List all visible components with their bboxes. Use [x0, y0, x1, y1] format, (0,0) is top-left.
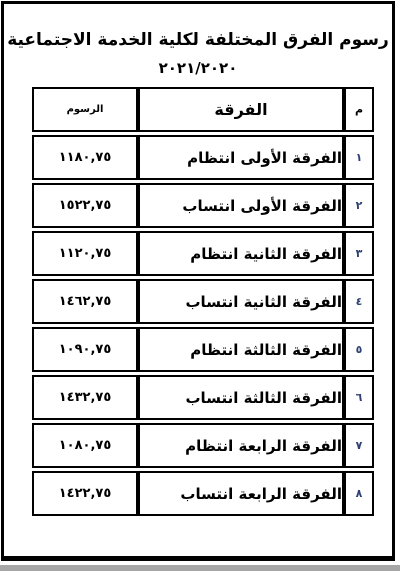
document-title: رسوم الفرق المختلفة لكلية الخدمة الاجتما… — [4, 30, 392, 50]
row-serial: ٣ — [344, 231, 374, 276]
row-fee: ١١٨٠,٧٥ — [32, 135, 138, 180]
row-group: الفرقة الثانية انتظام — [138, 231, 344, 276]
row-group: الفرقة الثالثة انتظام — [138, 327, 344, 372]
document-page: رسوم الفرق المختلفة لكلية الخدمة الاجتما… — [0, 0, 400, 571]
fees-table: م الفرقة الرسوم ١ الفرقة الأولى انتظام ١… — [32, 84, 374, 519]
row-serial: ٤ — [344, 279, 374, 324]
header-row: م الفرقة الرسوم — [32, 87, 374, 132]
row-serial: ٥ — [344, 327, 374, 372]
row-group: الفرقة الأولى انتظام — [138, 135, 344, 180]
page-border-frame: رسوم الفرق المختلفة لكلية الخدمة الاجتما… — [1, 1, 395, 561]
row-serial: ٢ — [344, 183, 374, 228]
table-row: ٨ الفرقة الرابعة انتساب ١٤٢٢,٧٥ — [32, 471, 374, 516]
row-group: الفرقة الثانية انتساب — [138, 279, 344, 324]
table-row: ٣ الفرقة الثانية انتظام ١١٢٠,٧٥ — [32, 231, 374, 276]
row-group: الفرقة الثالثة انتساب — [138, 375, 344, 420]
table-row: ٦ الفرقة الثالثة انتساب ١٤٣٢,٧٥ — [32, 375, 374, 420]
row-serial: ٧ — [344, 423, 374, 468]
row-group: الفرقة الرابعة انتظام — [138, 423, 344, 468]
academic-year: ٢٠٢١/٢٠٢٠ — [4, 59, 392, 77]
row-fee: ١٥٢٢,٧٥ — [32, 183, 138, 228]
table-row: ٥ الفرقة الثالثة انتظام ١٠٩٠,٧٥ — [32, 327, 374, 372]
header-group: الفرقة — [138, 87, 344, 132]
row-fee: ١٤٦٢,٧٥ — [32, 279, 138, 324]
scan-edge-shadow — [0, 565, 400, 571]
table-row: ٧ الفرقة الرابعة انتظام ١٠٨٠,٧٥ — [32, 423, 374, 468]
row-fee: ١٤٣٢,٧٥ — [32, 375, 138, 420]
row-group: الفرقة الأولى انتساب — [138, 183, 344, 228]
header-fees: الرسوم — [32, 87, 138, 132]
row-fee: ١٤٢٢,٧٥ — [32, 471, 138, 516]
row-group: الفرقة الرابعة انتساب — [138, 471, 344, 516]
row-fee: ١٠٩٠,٧٥ — [32, 327, 138, 372]
row-serial: ١ — [344, 135, 374, 180]
row-serial: ٦ — [344, 375, 374, 420]
row-serial: ٨ — [344, 471, 374, 516]
row-fee: ١٠٨٠,٧٥ — [32, 423, 138, 468]
table-row: ١ الفرقة الأولى انتظام ١١٨٠,٧٥ — [32, 135, 374, 180]
header-serial: م — [344, 87, 374, 132]
table-row: ٤ الفرقة الثانية انتساب ١٤٦٢,٧٥ — [32, 279, 374, 324]
table-row: ٢ الفرقة الأولى انتساب ١٥٢٢,٧٥ — [32, 183, 374, 228]
row-fee: ١١٢٠,٧٥ — [32, 231, 138, 276]
